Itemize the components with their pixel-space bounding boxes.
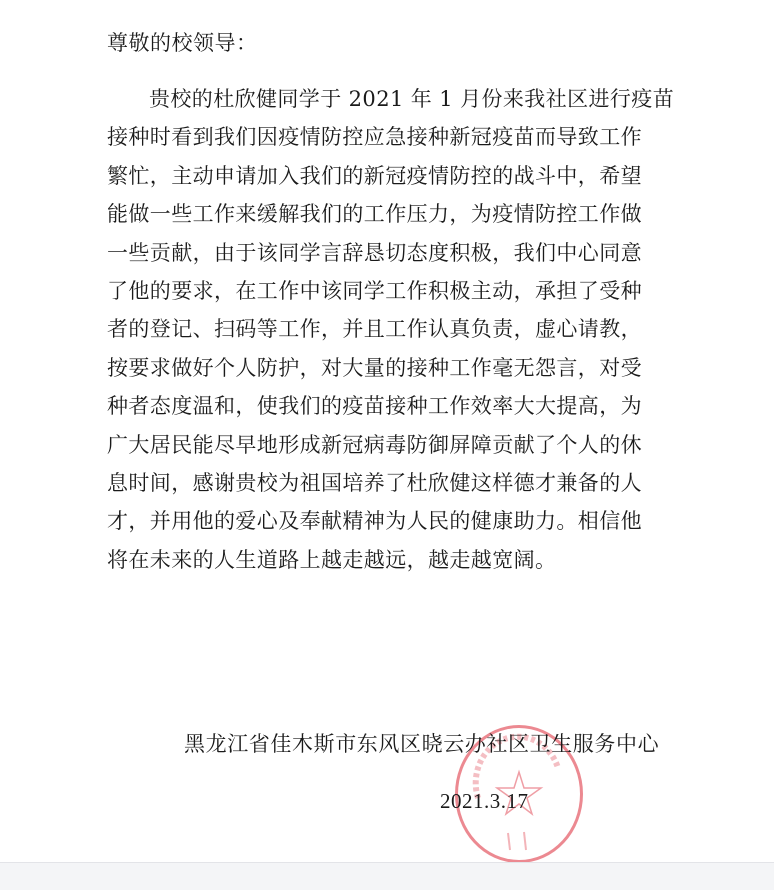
signature-date: 2021.3.17	[440, 787, 529, 815]
body-line: 息时间，感谢贵校为祖国培养了杜欣健这样德才兼备的人	[107, 464, 687, 502]
viewer-bottom-bar	[0, 862, 774, 890]
body-line: 了他的要求，在工作中该同学工作积极主动，承担了受种	[107, 272, 687, 310]
body-line: 一些贡献，由于该同学言辞恳切态度积极，我们中心同意	[107, 234, 687, 272]
letter-body: 贵校的杜欣健同学于 2021 年 1 月份来我社区进行疫苗 接种时看到我们因疫情…	[107, 80, 687, 579]
body-line: 接种时看到我们因疫情防控应急接种新冠疫苗而导致工作	[107, 118, 687, 156]
body-line: 才，并用他的爱心及奉献精神为人民的健康助力。相信他	[107, 502, 687, 540]
body-line: 将在未来的人生道路上越走越远，越走越宽阔。	[107, 541, 687, 579]
body-line: 繁忙，主动申请加入我们的新冠疫情防控的战斗中，希望	[107, 157, 687, 195]
body-line: 能做一些工作来缓解我们的工作压力，为疫情防控工作做	[107, 195, 687, 233]
letter-page: 尊敬的校领导： 贵校的杜欣健同学于 2021 年 1 月份来我社区进行疫苗 接种…	[0, 0, 774, 862]
body-line: 贵校的杜欣健同学于 2021 年 1 月份来我社区进行疫苗	[107, 80, 687, 118]
letter-greeting: 尊敬的校领导：	[107, 30, 258, 56]
body-line: 广大居民能尽早地形成新冠病毒防御屏障贡献了个人的休	[107, 426, 687, 464]
body-line: 者的登记、扫码等工作，并且工作认真负责，虚心请教，	[107, 310, 687, 348]
body-line: 按要求做好个人防护，对大量的接种工作毫无怨言，对受	[107, 349, 687, 387]
body-line: 种者态度温和，使我们的疫苗接种工作效率大大提高，为	[107, 387, 687, 425]
signature-organization: 黑龙江省佳木斯市东风区晓云办社区卫生服务中心	[184, 730, 659, 758]
